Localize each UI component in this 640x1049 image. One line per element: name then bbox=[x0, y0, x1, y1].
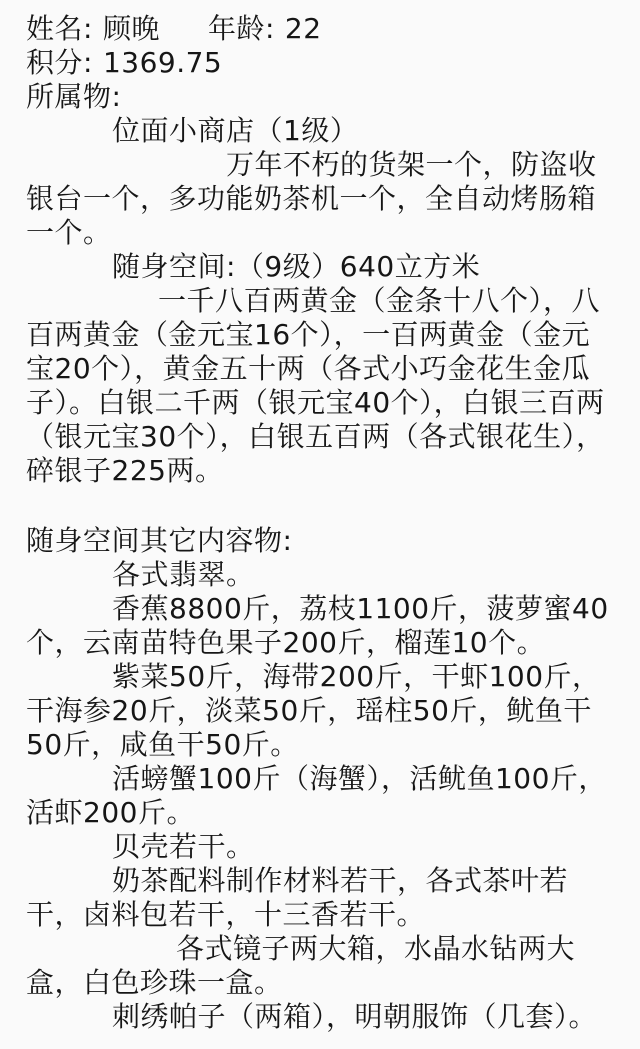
paragraph-shells: 贝壳若干。 bbox=[26, 830, 616, 864]
name-value: 顾晚 bbox=[103, 12, 160, 45]
score-label: 积分: bbox=[26, 46, 93, 79]
paragraph-fruits: 香蕉8800斤，荔枝1100斤，菠萝蜜40个，云南苗特色果子200斤，榴莲10个… bbox=[26, 592, 616, 660]
paragraph-shop-equipment: 万年不朽的货架一个，防盗收银台一个，多功能奶茶机一个，全自动烤肠箱一个。 bbox=[26, 148, 616, 250]
age-label: 年龄: bbox=[208, 12, 275, 45]
paragraph-space: 随身空间:（9级）640立方米 bbox=[26, 250, 616, 284]
paragraph-mirrors-crystals: 各式镜子两大箱，水晶水钻两大盒，白色珍珠一盒。 bbox=[26, 932, 616, 1000]
score-value: 1369.75 bbox=[103, 46, 222, 79]
paragraph-space-money: 一千八百两黄金（金条十八个），八百两黄金（金元宝16个），一百两黄金（金元宝20… bbox=[26, 284, 616, 488]
profile-row: 姓名:顾晚年龄:22 bbox=[26, 12, 616, 46]
name-label: 姓名: bbox=[26, 12, 93, 45]
paragraph-dried-seafood: 紫菜50斤，海带200斤，干虾100斤，干海参20斤，淡菜50斤，瑶柱50斤，鱿… bbox=[26, 660, 616, 762]
paragraph-jade: 各式翡翠。 bbox=[26, 558, 616, 592]
paragraph-embroidery-clothes: 刺绣帕子（两箱），明朝服饰（几套）。 bbox=[26, 1000, 616, 1034]
paragraph-tea-supplies: 奶茶配料制作材料若干，各式茶叶若干，卤料包若干，十三香若干。 bbox=[26, 864, 616, 932]
paragraph-live-seafood: 活螃蟹100斤（海蟹），活鱿鱼100斤，活虾200斤。 bbox=[26, 762, 616, 830]
belongings-heading: 所属物: bbox=[26, 80, 616, 114]
reader-page[interactable]: 姓名:顾晚年龄:22 积分:1369.75 所属物: 位面小商店（1级） 万年不… bbox=[0, 0, 640, 1049]
score-row: 积分:1369.75 bbox=[26, 46, 616, 80]
paragraph-shop: 位面小商店（1级） bbox=[26, 114, 616, 148]
age-value: 22 bbox=[285, 12, 322, 45]
space-contents-heading: 随身空间其它内容物: bbox=[26, 524, 616, 558]
